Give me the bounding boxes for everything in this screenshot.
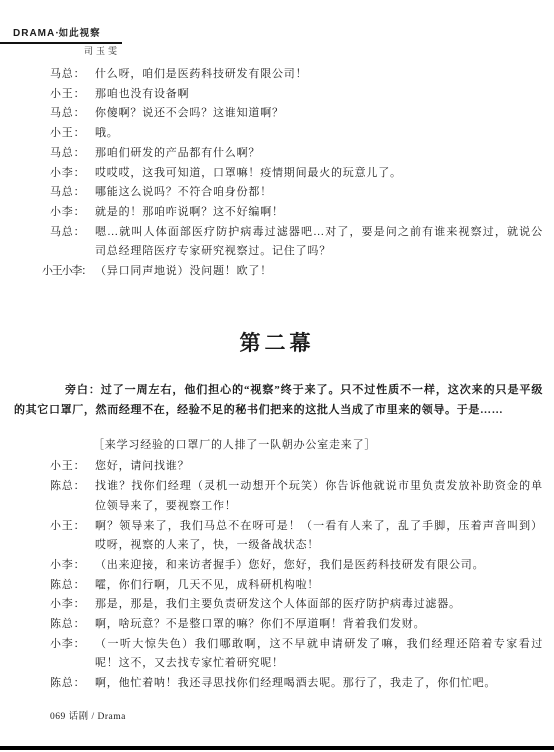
dialogue-row: 小王： 那咱也没有设备啊 (50, 85, 543, 105)
speaker-label: 小李： (50, 635, 85, 655)
speaker-label: 马总： (50, 104, 85, 124)
column-title: 如此视察 (59, 29, 101, 39)
author-name: 司玉雯 (0, 46, 120, 56)
dialogue-row: 马总： 那咱们研发的产品都有什么啊？ (50, 144, 543, 164)
dialogue-row: 马总： 你傻啊？说还不会吗？这谁知道啊？ (50, 104, 543, 124)
dialogue-row: 陈总： 啊，啥玩意？不是整口罩的嘛？你们不厚道啊！背着我们发财。 (50, 615, 543, 635)
dialogue-text: （一听大惊失色）我们哪敢啊，这不早就申请研发了嘛，我们经理还陪着专家看过呢！这不… (95, 638, 543, 670)
dialogue-row: 小王小李： （异口同声地说）没问题！欧了！ (50, 262, 543, 282)
dialogue-text: 啊，啥玩意？不是整口罩的嘛？你们不厚道啊！背着我们发财。 (95, 618, 425, 630)
dialogue-row: 马总： 嗯…就叫人体面部医疗防护病毒过滤器吧…对了，要是问之前有谁来视察过，就说… (50, 223, 543, 262)
dialogue-row: 陈总： 找谁？找你们经理（灵机一动想开个玩笑）你告诉他就说市里负责发放补助资金的… (50, 477, 543, 516)
dialogue-text: 啊，他忙着呐！我还寻思找你们经理喝酒去呢。那行了，我走了，你们忙吧。 (95, 677, 496, 689)
speaker-label: 小李： (50, 595, 85, 615)
page-footer: 069 话剧 / Drama (50, 708, 126, 722)
stage-direction: ［来学习经验的口罩厂的人排了一队朝办公室走来了］ (93, 436, 543, 456)
dialogue-row: 小李： 哎哎哎，这我可知道，口罩嘛！疫情期间最火的玩意儿了。 (50, 164, 543, 184)
act2-dialogue: 小王： 您好，请问找谁？ 陈总： 找谁？找你们经理（灵机一动想开个玩笑）你告诉他… (50, 457, 543, 693)
dialogue-text: 哪能这么说吗？不符合咱身份都！ (95, 186, 272, 198)
speaker-label: 陈总： (50, 674, 85, 694)
speaker-label: 小王： (50, 457, 85, 477)
speaker-label: 小王小李： (42, 262, 91, 282)
speaker-label: 陈总： (50, 576, 85, 596)
narration-paragraph: 旁白：过了一周左右，他们担心的“视察”终于来了。只不过性质不一样，这次来的只是平… (14, 380, 543, 421)
dialogue-row: 陈总： 啊，他忙着呐！我还寻思找你们经理喝酒去呢。那行了，我走了，你们忙吧。 (50, 674, 543, 694)
dialogue-text: （出来迎接，和来访者握手）您好，您好，我们是医药科技研发有限公司。 (95, 559, 484, 571)
dialogue-row: 小李： （一听大惊失色）我们哪敢啊，这不早就申请研发了嘛，我们经理还陪着专家看过… (50, 635, 543, 674)
dialogue-row: 小李： 就是的！那咱咋说啊？这不好编啊！ (50, 203, 543, 223)
speaker-label: 陈总： (50, 615, 85, 635)
dialogue-text: 你傻啊？说还不会吗？这谁知道啊？ (95, 107, 284, 119)
speaker-label: 小王： (50, 124, 85, 144)
script-page: DRAMA·如此视察 司玉雯 马总： 什么呀，咱们是医药科技研发有限公司！ 小王… (0, 0, 554, 752)
dialogue-row: 小王： 啊？领导来了，我们马总不在呀可是！（一看有人来了，乱了手脚，压着声音叫到… (50, 517, 543, 556)
speaker-label: 马总： (50, 183, 85, 203)
dialogue-text: 哦。 (95, 127, 119, 139)
speaker-label: 小李： (50, 556, 85, 576)
dialogue-row: 小王： 您好，请问找谁？ (50, 457, 543, 477)
speaker-label: 小李： (50, 203, 85, 223)
speaker-label: 马总： (50, 144, 85, 164)
dialogue-row: 小李： （出来迎接，和来访者握手）您好，您好，我们是医药科技研发有限公司。 (50, 556, 543, 576)
bottom-rule (0, 746, 554, 750)
speaker-label: 马总： (50, 65, 85, 85)
act1-dialogue: 马总： 什么呀，咱们是医药科技研发有限公司！ 小王： 那咱也没有设备啊 马总： … (50, 65, 543, 282)
act2-title: 第二幕 (0, 330, 554, 356)
speaker-label: 马总： (50, 223, 85, 243)
dialogue-text: （异口同声地说）没问题！欧了！ (95, 265, 272, 277)
brand-label: DRAMA (13, 28, 55, 39)
header-rule (0, 42, 122, 44)
page-header: DRAMA·如此视察 司玉雯 (0, 28, 554, 56)
speaker-label: 陈总： (50, 477, 85, 497)
dialogue-row: 小王： 哦。 (50, 124, 543, 144)
dialogue-row: 马总： 什么呀，咱们是医药科技研发有限公司！ (50, 65, 543, 85)
speaker-label: 小王： (50, 517, 85, 537)
dialogue-row: 小李： 那是，那是，我们主要负责研发这个人体面部的医疗防护病毒过滤器。 (50, 595, 543, 615)
dialogue-text: 就是的！那咱咋说啊？这不好编啊！ (95, 206, 284, 218)
dialogue-row: 马总： 哪能这么说吗？不符合咱身份都！ (50, 183, 543, 203)
dialogue-text: 那是，那是，我们主要负责研发这个人体面部的医疗防护病毒过滤器。 (95, 598, 461, 610)
dialogue-text: 嚯，你们行啊，几天不见，成科研机构啦！ (95, 579, 319, 591)
dialogue-text: 找谁？找你们经理（灵机一动想开个玩笑）你告诉他就说市里负责发放补助资金的单位领导… (95, 480, 543, 512)
dialogue-text: 那咱也没有设备啊 (95, 88, 189, 100)
dialogue-text: 哎哎哎，这我可知道，口罩嘛！疫情期间最火的玩意儿了。 (95, 167, 402, 179)
speaker-label: 小李： (50, 164, 85, 184)
speaker-label: 小王： (50, 85, 85, 105)
dialogue-text: 您好，请问找谁？ (95, 460, 189, 472)
dialogue-text: 嗯…就叫人体面部医疗防护病毒过滤器吧…对了，要是问之前有谁来视察过，就说公司总经… (95, 226, 543, 258)
column-header: DRAMA·如此视察 (13, 28, 554, 40)
dialogue-row: 陈总： 嚯，你们行啊，几天不见，成科研机构啦！ (50, 576, 543, 596)
dialogue-text: 啊？领导来了，我们马总不在呀可是！（一看有人来了，乱了手脚，压着声音叫到）哎呀，… (95, 520, 543, 552)
dialogue-text: 那咱们研发的产品都有什么啊？ (95, 147, 260, 159)
dialogue-text: 什么呀，咱们是医药科技研发有限公司！ (95, 68, 307, 80)
